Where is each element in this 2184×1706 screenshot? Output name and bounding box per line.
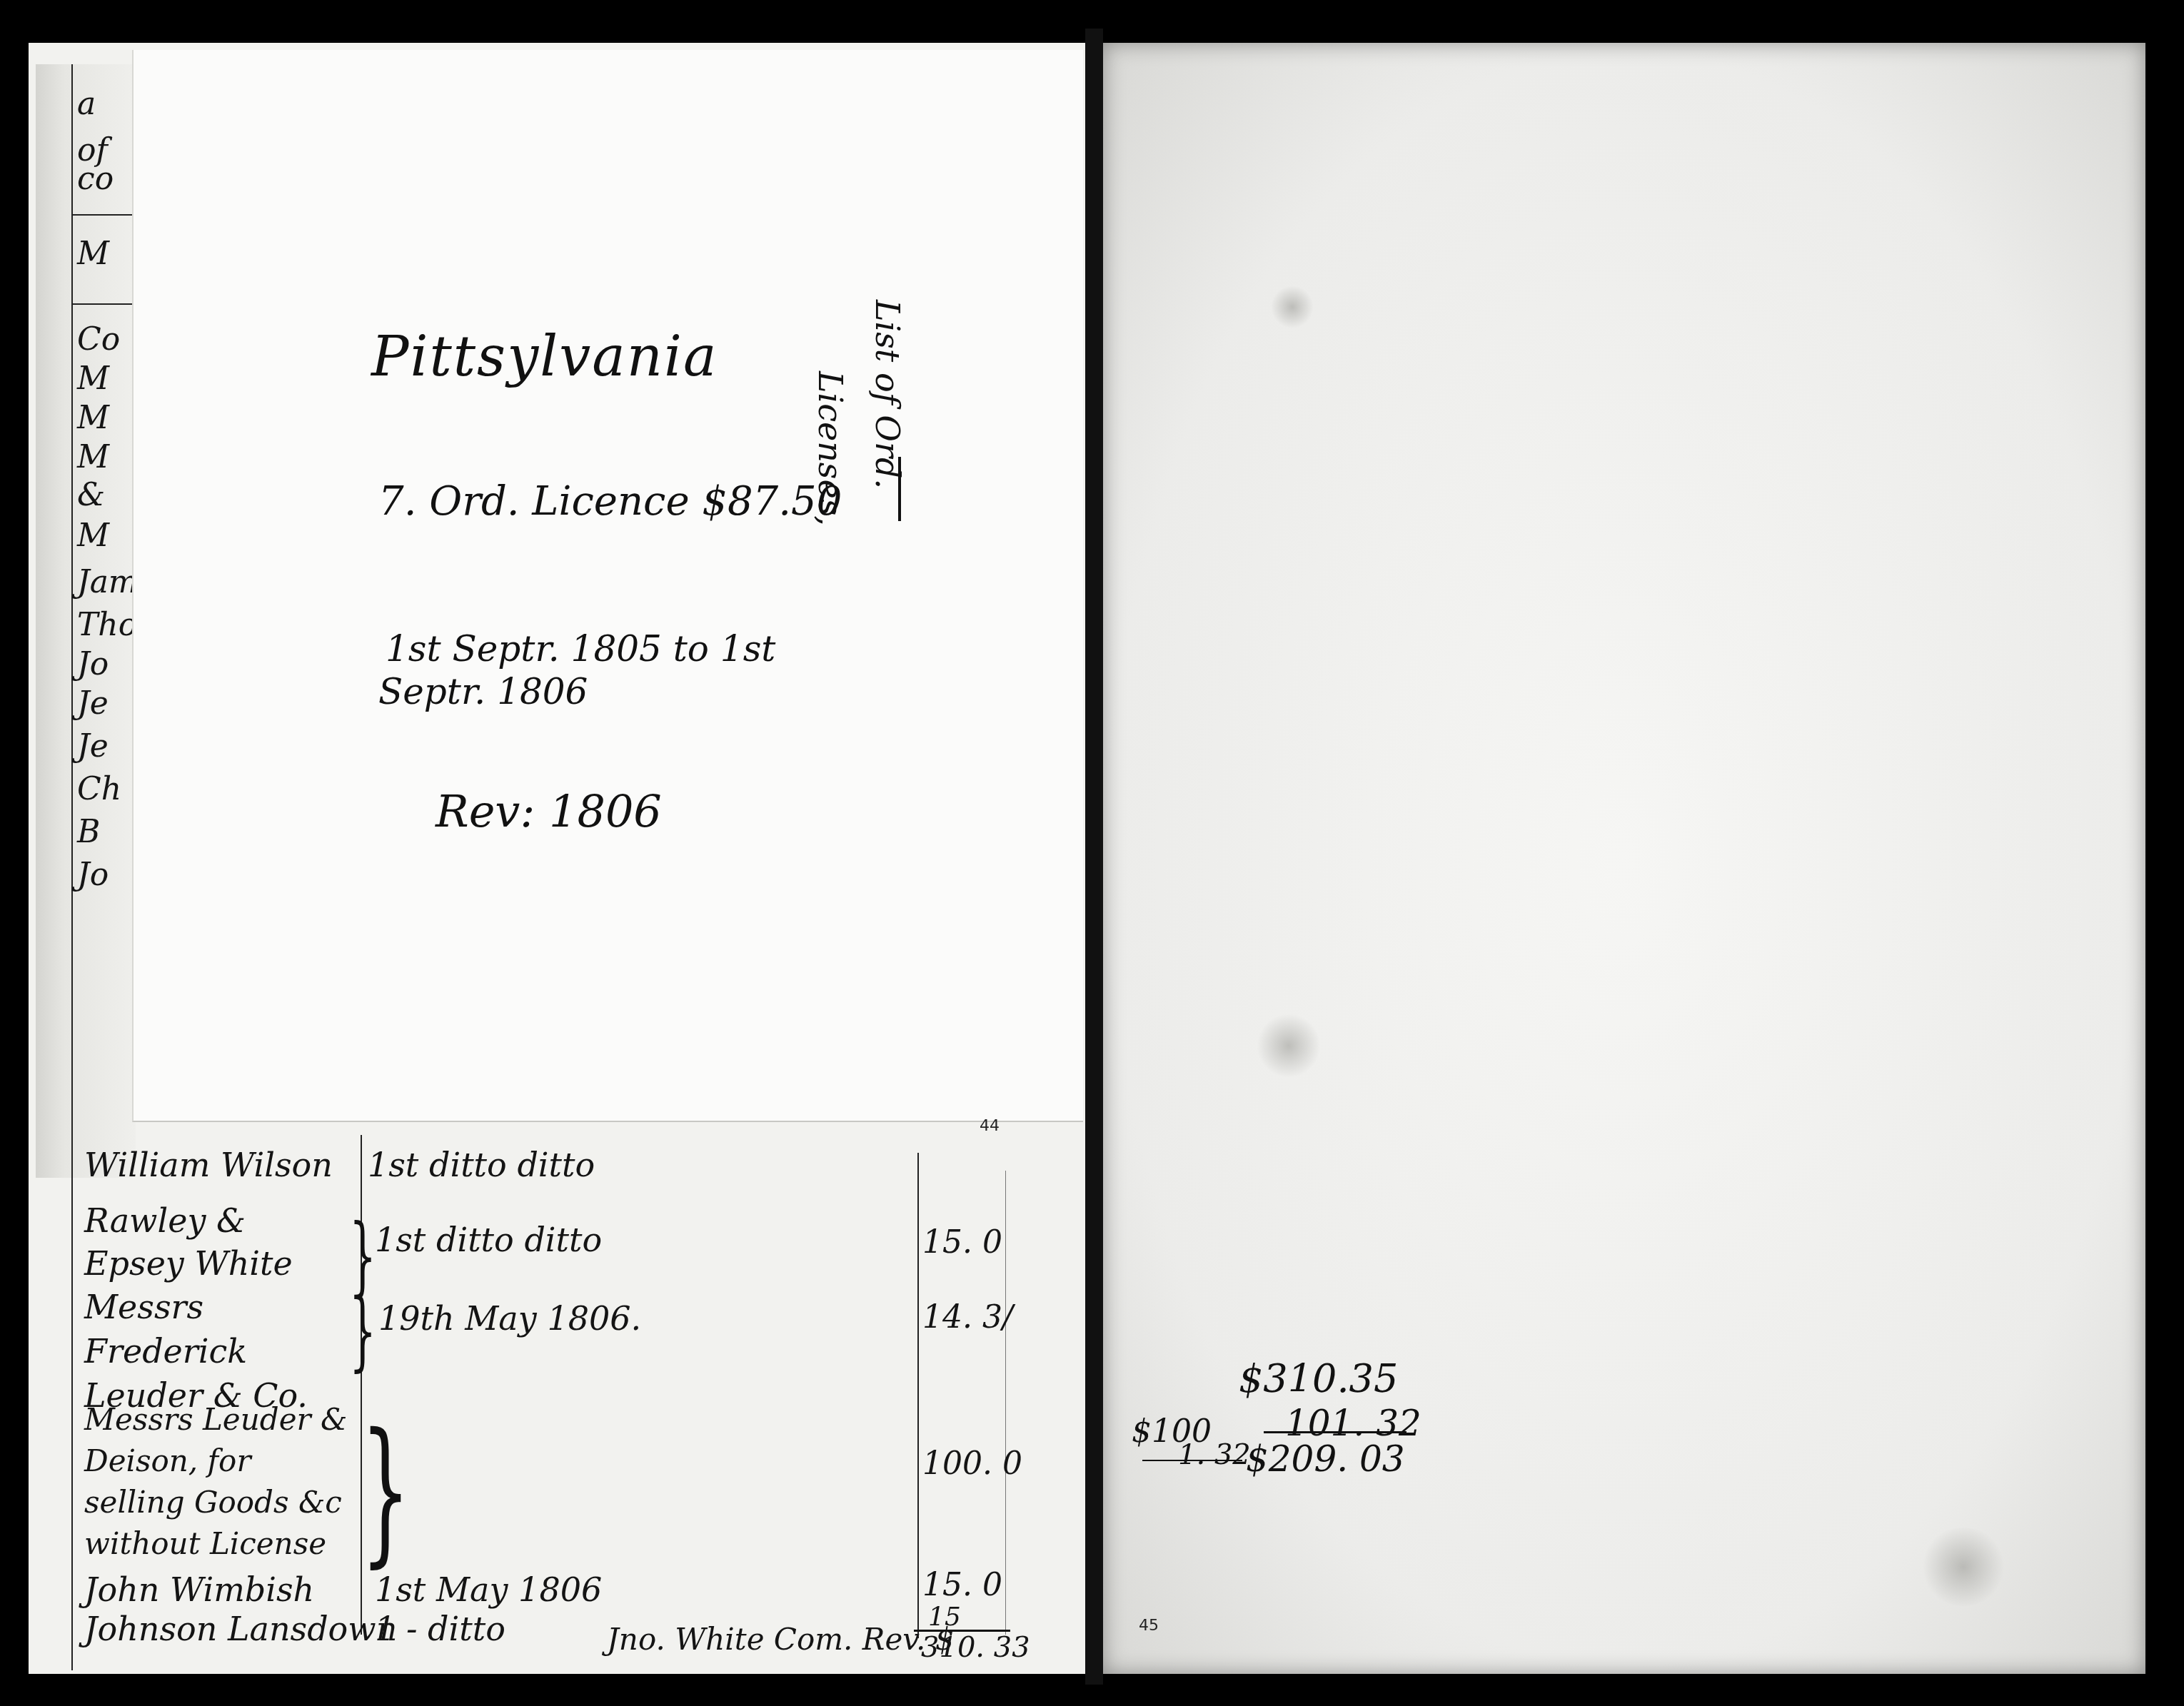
ledger-header-rule: [71, 214, 136, 216]
book-gutter: [1085, 29, 1103, 1685]
ledger-row-date: 1 - ditto: [375, 1610, 505, 1648]
ledger-edge-letter: Jam: [77, 564, 139, 600]
ledger-edge-letter: M: [77, 400, 109, 436]
ledger-row-date: 1st May 1806: [375, 1570, 602, 1609]
license-count-line: 7. Ord. Licence $87.50: [378, 478, 842, 525]
calc-line-3: $209. 03: [1246, 1438, 1405, 1480]
ledger-column-rule-amount: [917, 1153, 919, 1638]
ledger-edge-letter: M: [77, 439, 109, 475]
calc-side-line-2: 1. 32: [1178, 1438, 1251, 1471]
ledger-edge-letter: Tho: [77, 607, 137, 643]
ledger-header-rule: [71, 303, 136, 305]
calc-line-1: $310.35: [1239, 1356, 1398, 1401]
page-number-left: 44: [980, 1117, 1000, 1135]
ledger-total: 310. 33: [921, 1631, 1030, 1664]
brace-icon: }: [349, 1281, 376, 1381]
ledger-edge-letter: B: [77, 814, 100, 850]
ledger-row-amount: 15. 0: [922, 1224, 1002, 1261]
rev-year: Rev: 1806: [436, 785, 662, 837]
ledger-row-name: Rawley & Epsey White: [84, 1199, 356, 1285]
ledger-edge-letter: Ch: [77, 771, 121, 807]
ledger-row-name: Johnson Lansdown: [84, 1610, 397, 1648]
ledger-row-amount: 15. 0: [922, 1567, 1002, 1603]
paper-stain: [1257, 1014, 1321, 1078]
ledger-row-name: Messrs Frederick Leuder & Co.: [84, 1285, 356, 1418]
ledger-row-amount: 100. 0: [922, 1445, 1022, 1482]
ledger-margin-rule: [71, 64, 73, 1670]
ledger-edge-letter: M: [77, 236, 109, 272]
ledger-row-name: John Wimbish: [84, 1570, 314, 1609]
ledger-row-date: 19th May 1806.: [378, 1299, 641, 1338]
brace-icon: }: [361, 1399, 411, 1582]
ledger-row-date: 1st ditto ditto: [375, 1221, 602, 1259]
ledger-edge-letter: M: [77, 518, 109, 554]
period-line-1: 1st Septr. 1805 to 1st: [386, 628, 775, 670]
vertical-title-dash: [898, 457, 901, 521]
ledger-row-date: 1st ditto ditto: [368, 1146, 595, 1184]
ledger-edge-letter: Jo: [77, 646, 109, 682]
ledger-column-rule-cents: [1005, 1171, 1006, 1635]
ledger-edge-letter: Co: [77, 321, 120, 358]
calc-rule: [1264, 1431, 1406, 1433]
calc-side-rule: [1142, 1460, 1242, 1461]
ledger-edge-letter: Je: [77, 728, 109, 764]
ledger-row-name: William Wilson: [84, 1146, 333, 1184]
ledger-edge-letter: co: [77, 161, 114, 197]
right-page: [1103, 43, 2145, 1674]
paper-stain: [1271, 286, 1314, 328]
paper-stain: [1921, 1528, 2006, 1606]
ledger-edge-letter: Je: [77, 685, 109, 722]
vertical-title-2: Licenses,: [811, 371, 850, 526]
ledger-edge-letter: a: [77, 86, 96, 122]
county-title: Pittsylvania: [371, 325, 718, 389]
commissioner-signature: Jno. White Com. Rev. $: [607, 1622, 954, 1657]
ledger-edge-letter: &: [77, 477, 105, 513]
ledger-edge-letter: Jo: [77, 857, 109, 893]
period-line-2: Septr. 1806: [378, 671, 588, 712]
page-number-right: 45: [1139, 1617, 1159, 1635]
ledger-row-name: Messrs Leuder & Deison, for selling Good…: [84, 1399, 356, 1565]
ledger-edge-letter: M: [77, 360, 109, 397]
ledger-row-amount: 14. 3/: [922, 1299, 1013, 1336]
label-slip: [132, 50, 1083, 1122]
